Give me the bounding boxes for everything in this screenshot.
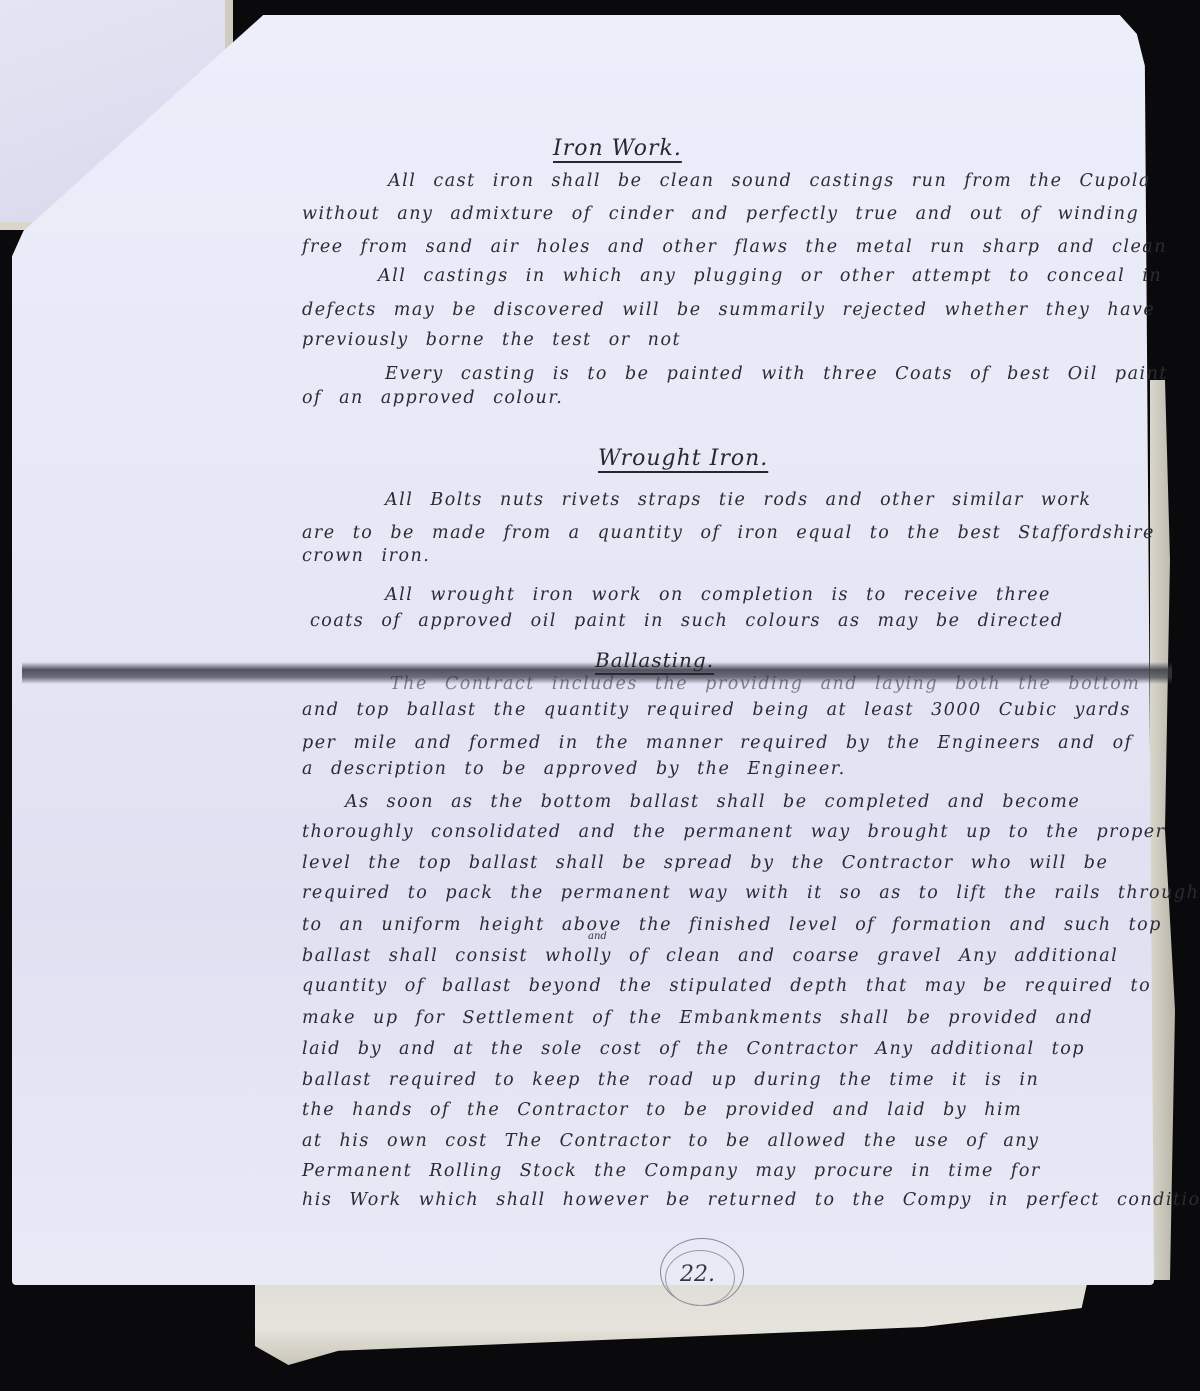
text-line: All wrought iron work on completion is t…	[385, 585, 1051, 605]
text-line: crown iron.	[302, 546, 430, 566]
text-line: coats of approved oil paint in such colo…	[310, 611, 1064, 631]
text-line: All cast iron shall be clean sound casti…	[388, 171, 1151, 191]
text-line: Every casting is to be painted with thre…	[385, 364, 1168, 384]
text-line: defects may be discovered will be summar…	[302, 300, 1155, 320]
text-line: without any admixture of cinder and perf…	[302, 204, 1139, 224]
text-line: quantity of ballast beyond the stipulate…	[302, 976, 1151, 996]
text-line: of an approved colour.	[302, 388, 563, 408]
text-line: thoroughly consolidated and the permanen…	[302, 822, 1166, 842]
page-number: 22.	[680, 1262, 715, 1287]
text-line: As soon as the bottom ballast shall be c…	[345, 792, 1080, 812]
heading-ballasting: Ballasting.	[595, 648, 714, 672]
text-line: Permanent Rolling Stock the Company may …	[302, 1161, 1041, 1181]
text-line: laid by and at the sole cost of the Cont…	[302, 1039, 1085, 1059]
text-line: his Work which shall however be returned…	[302, 1190, 1200, 1210]
text-line: and top ballast the quantity required be…	[302, 700, 1131, 720]
text-line: All castings in which any plugging or ot…	[378, 266, 1162, 286]
text-line: The Contract includes the providing and …	[390, 674, 1140, 694]
text-line: All Bolts nuts rivets straps tie rods an…	[385, 490, 1091, 510]
insertion-annotation: and	[588, 931, 607, 942]
text-line: previously borne the test or not	[302, 330, 681, 350]
text-line: level the top ballast shall be spread by…	[302, 853, 1108, 873]
text-line: to an uniform height above the finished …	[302, 915, 1162, 935]
text-line: at his own cost The Contractor to be all…	[302, 1131, 1039, 1151]
text-line: free from sand air holes and other flaws…	[302, 237, 1167, 257]
heading-wrought-iron: Wrought Iron.	[598, 446, 768, 471]
text-line: required to pack the permanent way with …	[302, 883, 1200, 903]
manuscript-text: Iron Work. All cast iron shall be clean …	[0, 0, 1200, 1391]
text-line: per mile and formed in the manner requir…	[302, 733, 1133, 753]
heading-iron-work: Iron Work.	[553, 136, 682, 161]
text-line: the hands of the Contractor to be provid…	[302, 1100, 1022, 1120]
text-line: make up for Settlement of the Embankment…	[302, 1008, 1093, 1028]
text-line: ballast required to keep the road up dur…	[302, 1070, 1039, 1090]
text-line: a description to be approved by the Engi…	[302, 759, 846, 779]
text-line: ballast shall consist wholly of clean an…	[302, 946, 1118, 966]
text-line: are to be made from a quantity of iron e…	[302, 523, 1155, 543]
